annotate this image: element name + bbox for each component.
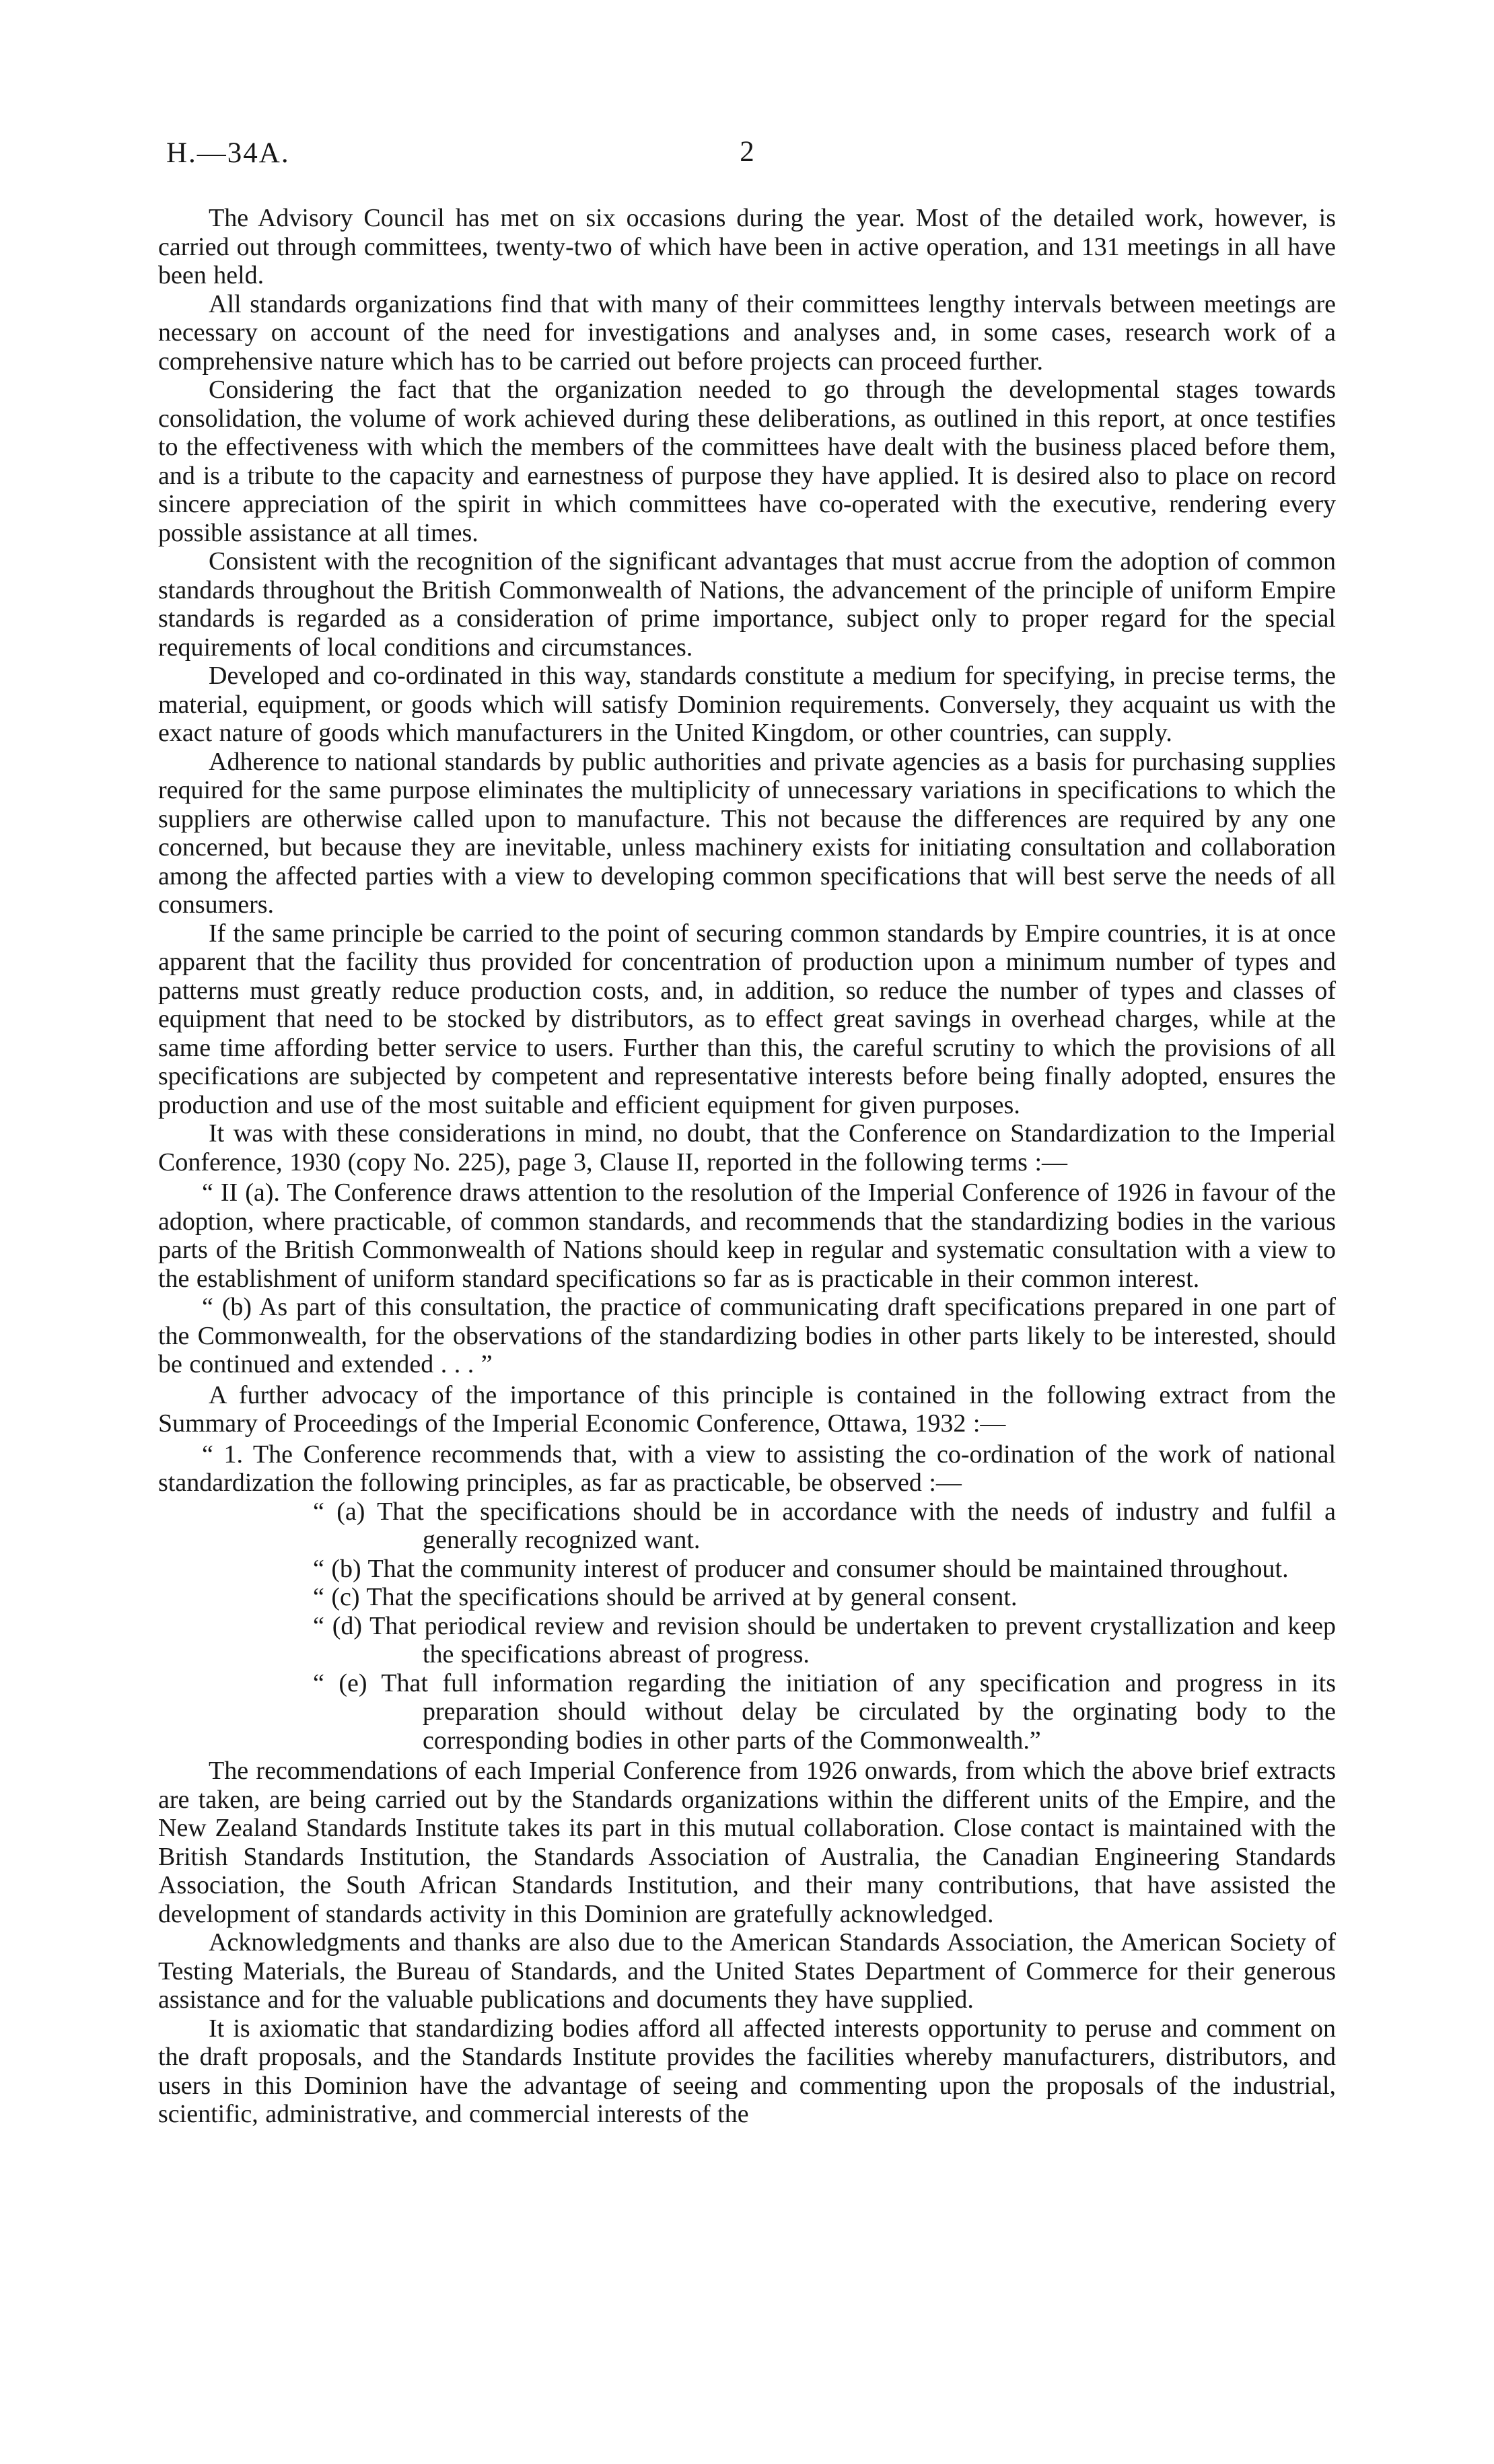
blockquote-ottawa-1932: “ 1. The Conference recommends that, wit… [158,1440,1336,1755]
quote-clause-ii-b: “ (b) As part of this consultation, the … [158,1293,1336,1379]
quote-item-d: “ (d) That periodical review and revisio… [158,1612,1336,1669]
document-page: H.—34A. 2 The Advisory Council has met o… [158,137,1336,2129]
paragraph-axiomatic: It is axiomatic that standardizing bodie… [158,2014,1336,2129]
quote-item-c: “ (c) That the specifications should be … [158,1583,1336,1612]
paragraph-developed-coordinated: Developed and co-ordinated in this way, … [158,662,1336,748]
paragraph-conference-standardization-intro: It was with these considerations in mind… [158,1119,1336,1176]
document-reference: H.—34A. [166,137,290,170]
paragraph-adherence-national-standards: Adherence to national standards by publi… [158,748,1336,919]
paragraph-advisory-council: The Advisory Council has met on six occa… [158,204,1336,290]
paragraph-empire-standards: Consistent with the recognition of the s… [158,547,1336,662]
quote-item-e: “ (e) That full information regarding th… [158,1669,1336,1755]
paragraph-acknowledgments: Acknowledgments and thanks are also due … [158,1928,1336,2014]
paragraph-same-principle: If the same principle be carried to the … [158,919,1336,1120]
page-header: H.—34A. 2 [158,137,1336,204]
blockquote-imperial-conference-1930: “ II (a). The Conference draws attention… [158,1178,1336,1379]
quote-recommendation-1: “ 1. The Conference recommends that, wit… [158,1440,1336,1498]
quote-clause-ii-a: “ II (a). The Conference draws attention… [158,1178,1336,1293]
quote-item-b: “ (b) That the community interest of pro… [158,1555,1336,1584]
page-number: 2 [740,135,754,168]
paragraph-developmental-stages: Considering the fact that the organizati… [158,376,1336,547]
report-text-block: The Advisory Council has met on six occa… [158,204,1336,2129]
paragraph-further-advocacy: A further advocacy of the importance of … [158,1381,1336,1438]
paragraph-committee-intervals: All standards organizations find that wi… [158,290,1336,376]
paragraph-imperial-recommendations: The recommendations of each Imperial Con… [158,1757,1336,1928]
quote-item-a: “ (a) That the specifications should be … [158,1498,1336,1555]
